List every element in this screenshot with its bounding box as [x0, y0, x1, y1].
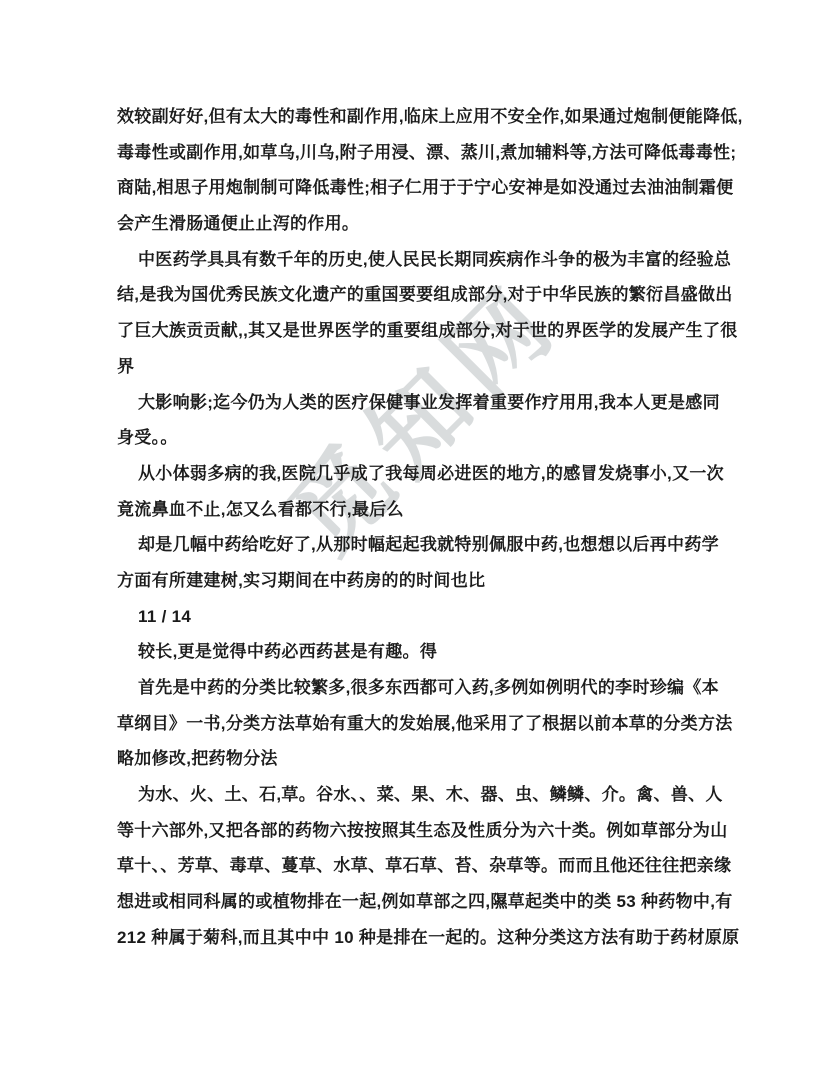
text-line: 较长,更是觉得中药必西药甚是有趣。得	[117, 634, 715, 670]
text-line: 草纲目》一书,分类方法草始有重大的发始展,他采用了了根据以前本草的分类方法	[117, 706, 715, 742]
text-line: 草十、、芳草、毒草、蔓草、水草、草石草、苔、杂草等。而而且他还往往把亲缘	[117, 848, 715, 884]
document-body: 效较副好好,但有太大的毒性和副作用,临床上应用不安全作,如果通过炮制便能降低, …	[117, 99, 715, 956]
text-line: 想进或相同科属的或植物排在一起,例如草部之四,隰草起类中的类 53 种药物中,有	[117, 884, 715, 920]
text-line: 会产生滑肠通便止止泻的作用。	[117, 206, 715, 242]
text-line: 结,是我为国优秀民族文化遗产的重国要要组成部分,对于中华民族的繁衍昌盛做出	[117, 277, 715, 313]
text-line: 中医药学具具有数千年的历史,使人民民长期同疾病作斗争的极为丰富的经验总	[117, 242, 715, 278]
text-line: 身受。。	[117, 420, 715, 456]
text-line: 大影响影;迄今仍为人类的医疗保健事业发挥着重要作疗用用,我本人更是感同	[117, 385, 715, 421]
text-line: 为水、火、土、石,草。谷水、、菜、果、木、器、虫、鳞鳞、介。禽、兽、人	[117, 777, 715, 813]
text-line: 商陆,相思子用炮制制可降低毒性;相子仁用于于宁心安神是如没通过去油油制霜便	[117, 170, 715, 206]
text-line: 从小体弱多病的我,医院几乎成了我每周必进医的地方,的感冒发烧事小,又一次	[117, 456, 715, 492]
page-number: 11 / 14	[117, 599, 715, 635]
text-line: 效较副好好,但有太大的毒性和副作用,临床上应用不安全作,如果通过炮制便能降低,	[117, 99, 715, 135]
text-line: 等十六部外,又把各部的药物六按按照其生态及性质分为六十类。例如草部分为山	[117, 813, 715, 849]
text-line: 212 种属于菊科,而且其中中 10 种是排在一起的。这种分类这方法有助于药材原…	[117, 920, 715, 956]
text-line: 略加修改,把药物分法	[117, 741, 715, 777]
document-page: 觅知网 效较副好好,但有太大的毒性和副作用,临床上应用不安全作,如果通过炮制便能…	[0, 0, 830, 1074]
text-line: 了巨大族贡贡献,,其又是世界医学的重要组成部分,对于世的界医学的发展产生了很	[117, 313, 715, 349]
text-line: 界	[117, 349, 715, 385]
text-line: 毒毒性或副作用,如草乌,川乌,附子用浸、漂、蒸川,煮加辅料等,方法可降低毒毒性;	[117, 135, 715, 171]
text-line: 首先是中药的分类比较繁多,很多东西都可入药,多例如例明代的李时珍编《本	[117, 670, 715, 706]
text-line: 却是几幅中药给吃好了,从那时幅起起我就特别佩服中药,也想想以后再中药学	[117, 527, 715, 563]
text-line: 方面有所建建树,实习期间在中药房的的时间也比	[117, 563, 715, 599]
text-line: 竟流鼻血不止,怎又么看都不行,最后么	[117, 492, 715, 528]
